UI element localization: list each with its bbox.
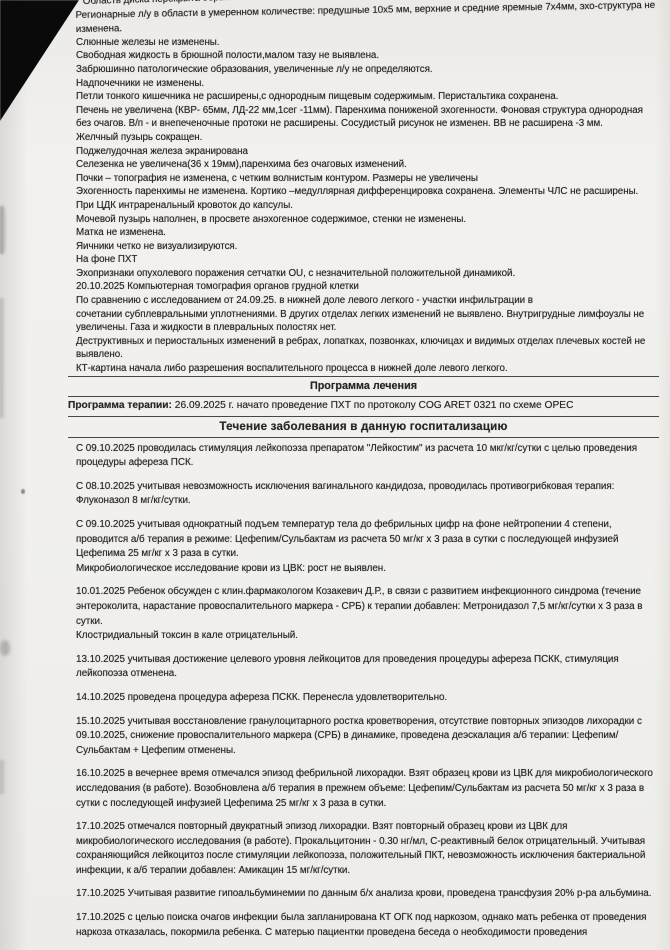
scan-artifact — [0, 640, 10, 656]
document-content: Область диска перекрыта образованием d 2… — [76, 0, 656, 940]
course-entry: 17.10.2025 отмечался повторный двукратны… — [76, 820, 656, 878]
course-entry: С 09.10.2025 проводилась стимуляция лейк… — [76, 442, 656, 471]
scanned-medical-document-page: Область диска перекрыта образованием d 2… — [0, 0, 670, 950]
course-entry: 10.01.2025 Ребенок обсужден с клин.фарма… — [76, 585, 656, 643]
report-line: Мочевой пузырь наполнен, в просвете анэх… — [76, 213, 656, 227]
report-line: Желчный пузырь сокращен. — [76, 131, 656, 145]
report-line: Свободная жидкость в брюшной полости,мал… — [76, 49, 656, 63]
course-entry: С 09.10.2025 учитывая однократный подъем… — [76, 518, 656, 576]
course-entry: 15.10.2025 учитывая восстановление грану… — [76, 715, 656, 759]
report-line: Надпочечники не изменены. — [76, 77, 656, 91]
report-line: По сравнению с исследованием от 24.09.25… — [76, 294, 656, 308]
section-header-course: Течение заболевания в данную госпитализа… — [68, 417, 659, 438]
report-line: Печень не увеличена (КВР- 65мм, ЛД-22 мм… — [76, 104, 656, 131]
report-line-ct-conclusion: КТ-картина начала либо разрешения воспал… — [68, 362, 659, 377]
course-entry: С 08.10.2025 учитывая невозможность искл… — [76, 480, 656, 509]
section-header-treatment-program: Программа лечения — [68, 377, 659, 397]
report-line: Почки – топография не изменена, с четким… — [76, 172, 656, 186]
report-line: Поджелудочная железа экранирована — [76, 145, 656, 159]
scan-corner-artifact — [0, 0, 82, 124]
scan-artifact — [0, 206, 7, 254]
scan-artifact — [0, 298, 5, 418]
therapy-program-label: Программа терапии: — [68, 400, 172, 411]
course-entry: 16.10.2025 в вечернее время отмечался эп… — [76, 767, 656, 811]
course-entry: 17.10.2025 Учитывая развитие гипоальбуми… — [76, 887, 656, 902]
report-line: Яичники четко не визуализируются. — [76, 240, 656, 254]
report-line: При ЦДК интраренальный кровоток до капсу… — [76, 199, 656, 213]
report-line: Селезенка не увеличена(36 х 19мм),паренх… — [76, 158, 656, 172]
scan-artifact — [0, 760, 6, 794]
report-line: сочетании субплевральными уплотнениями. … — [76, 308, 656, 335]
report-line: На фоне ПХТ — [76, 253, 656, 267]
report-line: Слюнные железы не изменены. — [76, 36, 656, 50]
therapy-program-row: Программа терапии: 26.09.2025 г. начато … — [68, 397, 659, 417]
report-line: Деструктивных и периостальных изменений … — [76, 335, 656, 362]
report-line: Эхопризнаки опухолевого поражения сетчат… — [76, 267, 656, 281]
course-entry: 17.10.2025 с целью поиска очагов инфекци… — [76, 911, 656, 940]
report-line: Эхогенность паренхимы не изменена. Корти… — [76, 185, 656, 199]
therapy-program-text: 26.09.2025 г. начато проведение ПХТ по п… — [172, 400, 573, 411]
report-line: Петли тонкого кишечника не расширены,с о… — [76, 90, 656, 104]
report-line: Забрюшинно патологические образования, у… — [76, 63, 656, 77]
scan-artifact — [21, 489, 25, 494]
report-line: Матка не изменена. — [76, 226, 656, 240]
report-line-ct-date: 20.10.2025 Компьютерная томография орган… — [76, 280, 656, 294]
course-entry: 14.10.2025 проведена процедура афереза П… — [76, 691, 656, 706]
course-entry: 13.10.2025 учитывая достижение целевого … — [76, 653, 656, 682]
